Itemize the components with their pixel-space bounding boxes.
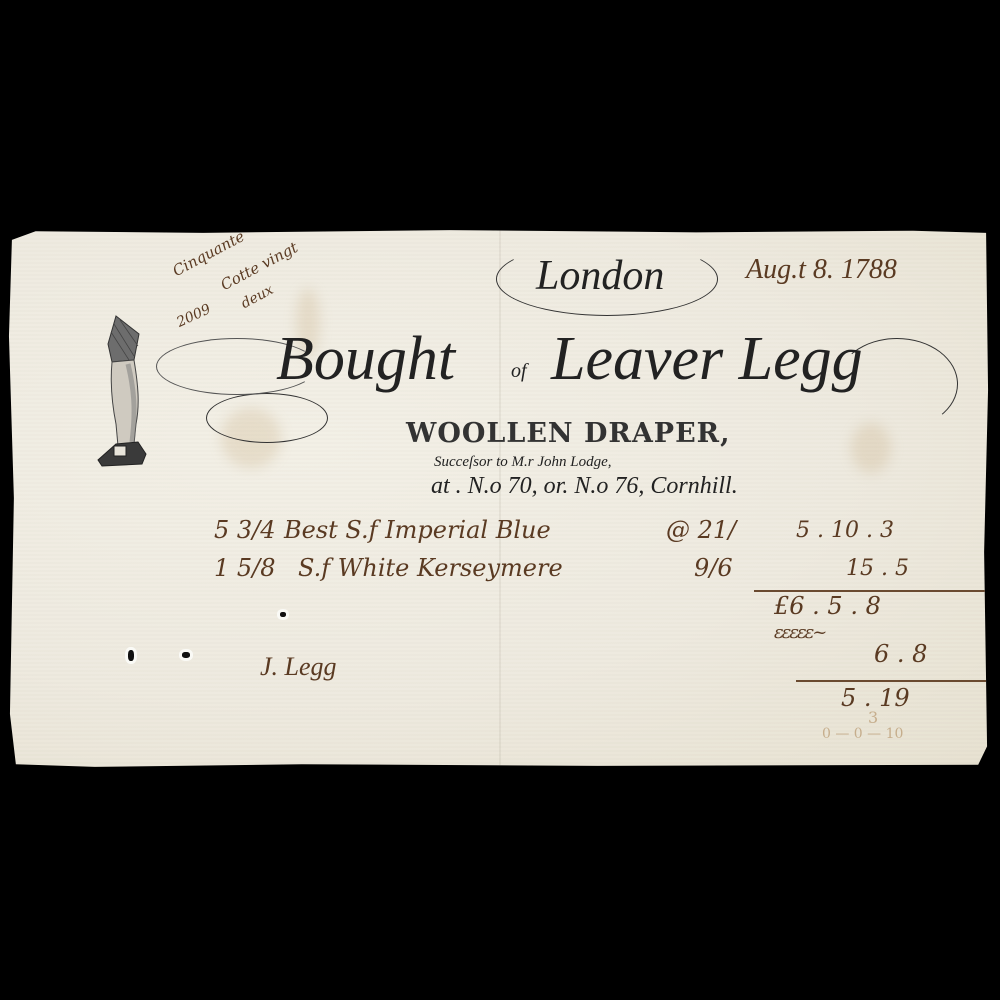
corner-number: 2009 <box>174 301 213 331</box>
paper-hole <box>128 650 134 661</box>
successor-line: Succeſsor to M.r John Lodge, <box>434 454 611 471</box>
flourish-loop <box>206 393 328 443</box>
signature: J. Legg <box>260 652 337 682</box>
receipt-paper: Cinquante Cotte vingt deux 2009 London A… <box>6 228 992 768</box>
line-item-1-amount: 5 . 10 . 3 <box>796 518 894 543</box>
line-item-2-rate: 9/6 <box>694 554 733 582</box>
place-heading: London <box>536 252 664 300</box>
corner-note-line-3: deux <box>238 282 276 312</box>
paper-hole <box>280 612 286 617</box>
faded-figure: 3 <box>868 708 878 727</box>
paper-hole <box>182 652 190 658</box>
line-item-2-amount: 15 . 5 <box>846 556 909 581</box>
bought-heading: Bought <box>276 324 455 395</box>
line-item-2-quantity: 1 5/8 <box>214 554 276 582</box>
line-item-1-rate: @ 21/ <box>666 516 736 544</box>
deduction-amount: 6 . 8 <box>874 640 927 668</box>
line-item-2-description: S.f White Kerseymere <box>298 554 563 582</box>
foxing-stain <box>851 423 891 473</box>
leg-with-buckled-shoe-icon <box>94 314 154 474</box>
merchant-name: Leaver Legg <box>551 324 863 395</box>
total-rule <box>796 680 986 682</box>
line-item-1-quantity: 5 3/4 <box>214 516 276 544</box>
line-item-1-description: Best S.f Imperial Blue <box>284 516 551 544</box>
trade-title: WOOLLEN DRAPER, <box>406 418 731 449</box>
strikethrough-scribble: ɛɛɛɛɛ~ <box>774 622 825 643</box>
subtotal-amount: £6 . 5 . 8 <box>774 592 881 620</box>
faded-figure: 0 — 0 — 10 <box>822 726 903 742</box>
date-handwritten: Aug.t 8. 1788 <box>746 254 897 286</box>
address-line: at . N.o 70, or. N.o 76, Cornhill. <box>431 473 738 500</box>
of-word: of <box>511 360 527 383</box>
